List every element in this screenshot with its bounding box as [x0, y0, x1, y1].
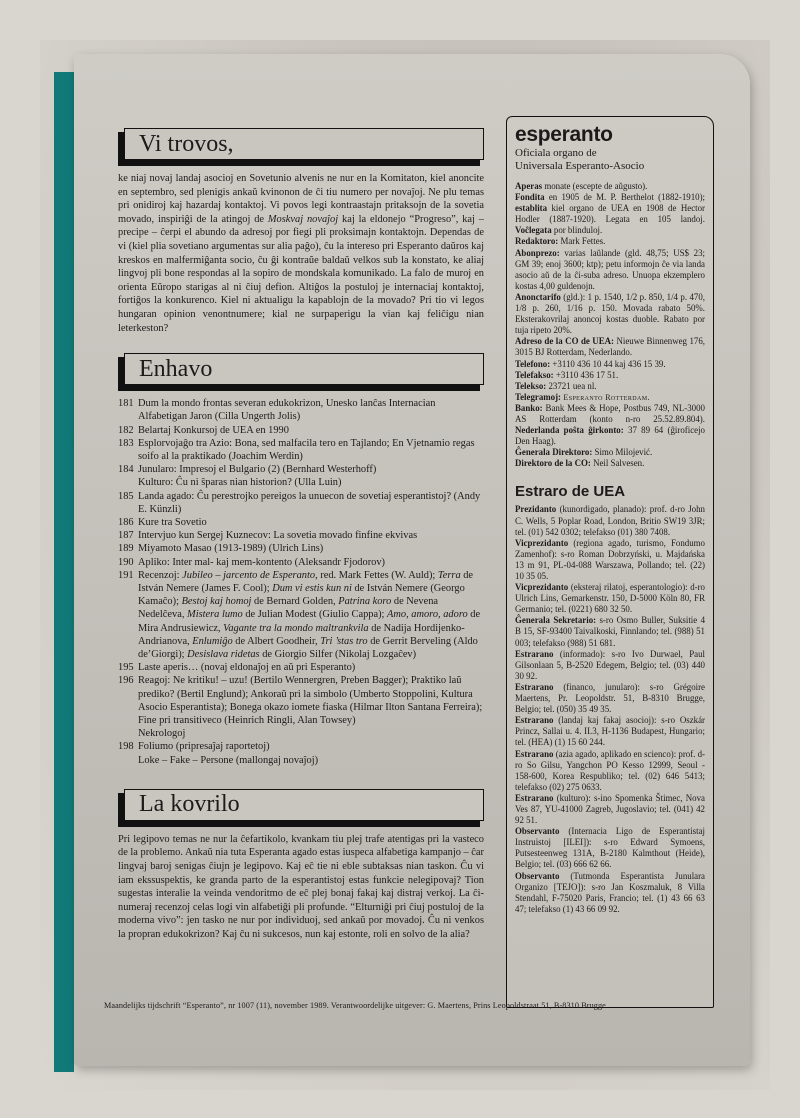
- toc-page-number: 184: [118, 463, 138, 476]
- toc-title: Landa agado: Ĉu perestrojko pereigos la …: [138, 490, 484, 516]
- info-entry: Telefono: +3110 436 10 44 kaj 436 15 39.: [515, 359, 705, 370]
- info-entry: Direktoro de la CO: Neil Salvesen.: [515, 458, 705, 469]
- table-of-contents: 181Dum la mondo frontas severan edukokri…: [118, 397, 484, 767]
- toc-title: Junularo: Impresoj el Bulgario (2) (Bern…: [138, 463, 484, 476]
- toc-title: Kulturo: Ĉu ni ŝparas nian historion? (U…: [138, 476, 484, 489]
- toc-item: Nekrologoj: [118, 727, 484, 740]
- info-entry: Anonctarifo (gld.): 1 p. 1540, 1/2 p. 85…: [515, 292, 705, 336]
- toc-item: Kulturo: Ĉu ni ŝparas nian historion? (U…: [118, 476, 484, 489]
- toc-title: Kure tra Sovetio: [138, 516, 484, 529]
- toc-item: Loke – Fake – Persone (mallongaj novaĵoj…: [118, 754, 484, 767]
- info-entry: Estrarano (azia agado, aplikado en scien…: [515, 749, 705, 793]
- toc-title: Dum la mondo frontas severan edukokrizon…: [138, 397, 484, 423]
- toc-page-number: [118, 476, 138, 489]
- toc-title: Miyamoto Masao (1913-1989) (Ulrich Lins): [138, 542, 484, 555]
- toc-page-number: 189: [118, 542, 138, 555]
- toc-title: Apliko: Inter mal- kaj mem-kontento (Ale…: [138, 556, 484, 569]
- la-kovrilo-heading: La kovrilo: [124, 789, 484, 821]
- vi-trovos-heading: Vi trovos,: [124, 128, 484, 160]
- info-entry: Estrarano (landaj kaj fakaj asocioj): s-…: [515, 715, 705, 748]
- toc-page-number: 182: [118, 424, 138, 437]
- info-entry: Prezidanto (kunordigado, planado): prof.…: [515, 504, 705, 537]
- info-entry: Abonprezo: varias laŭlande (gld. 48,75; …: [515, 248, 705, 292]
- info-entry: Estrarano (kulturo): s-ino Spomenka Štim…: [515, 793, 705, 826]
- info-entry: Vicprezidanto (eksteraj rilatoj, esperan…: [515, 582, 705, 615]
- colophon-footer: Maandelijks tijdschrift “Esperanto”, nr …: [104, 1001, 724, 1010]
- toc-page-number: 190: [118, 556, 138, 569]
- toc-title: Recenzoj: Jubileo – jarcento de Esperant…: [138, 569, 484, 661]
- toc-item: 181Dum la mondo frontas severan edukokri…: [118, 397, 484, 423]
- toc-item: 185Landa agado: Ĉu perestrojko pereigos …: [118, 490, 484, 516]
- info-entry: Redaktoro: Mark Fettes.: [515, 236, 705, 247]
- toc-title: Reagoj: Ne kritiku! – uzu! (Bertilo Wenn…: [138, 674, 484, 727]
- toc-page-number: [118, 727, 138, 740]
- enhavo-heading: Enhavo: [124, 353, 484, 385]
- info-entry: Telegramoj: Esperanto Rotterdam.: [515, 392, 705, 403]
- toc-item: 196Reagoj: Ne kritiku! – uzu! (Bertilo W…: [118, 674, 484, 727]
- toc-page-number: [118, 754, 138, 767]
- toc-item: 189Miyamoto Masao (1913-1989) (Ulrich Li…: [118, 542, 484, 555]
- toc-title: Laste aperis… (novaj eldonaĵoj en aŭ pri…: [138, 661, 484, 674]
- masthead-info: Aperas monate (escepte de aŭgusto).Fondi…: [515, 181, 705, 469]
- toc-title: Belartaj Konkursoj de UEA en 1990: [138, 424, 484, 437]
- info-entry: Adreso de la CO de UEA: Nieuwe Binnenweg…: [515, 336, 705, 358]
- info-entry: Observanto (Internacia Ligo de Esperanti…: [515, 826, 705, 870]
- info-entry: Telekso: 23721 uea nl.: [515, 381, 705, 392]
- toc-item: 182Belartaj Konkursoj de UEA en 1990: [118, 424, 484, 437]
- info-entry: Banko: Bank Mees & Hope, Postbus 749, NL…: [515, 403, 705, 447]
- la-kovrilo-paragraph: Pri legipovo temas ne nur la ĉefartikolo…: [118, 833, 484, 942]
- toc-item: 190Apliko: Inter mal- kaj mem-kontento (…: [118, 556, 484, 569]
- toc-item: 191Recenzoj: Jubileo – jarcento de Esper…: [118, 569, 484, 661]
- toc-item: 198Foliumo (pripresaĵaj raportetoj): [118, 740, 484, 753]
- magazine-cover-spine: [54, 72, 74, 1072]
- toc-item: 187Intervjuo kun Sergej Kuznecov: La sov…: [118, 529, 484, 542]
- toc-title: Loke – Fake – Persone (mallongaj novaĵoj…: [138, 754, 484, 767]
- toc-item: 186Kure tra Sovetio: [118, 516, 484, 529]
- info-entry: Aperas monate (escepte de aŭgusto).: [515, 181, 705, 192]
- masthead-subtitle: Oficiala organo de Universala Esperanto-…: [515, 147, 705, 173]
- toc-page-number: 181: [118, 397, 138, 423]
- info-entry: Telefakso: +3110 436 17 51.: [515, 370, 705, 381]
- toc-title: Esplorvojaĝo tra Azio: Bona, sed malfaci…: [138, 437, 484, 463]
- toc-title: Foliumo (pripresaĵaj raportetoj): [138, 740, 484, 753]
- toc-page-number: 196: [118, 674, 138, 727]
- masthead-box: esperanto Oficiala organo de Universala …: [506, 116, 714, 1008]
- la-kovrilo-banner: La kovrilo: [118, 789, 484, 823]
- toc-item: 183Esplorvojaĝo tra Azio: Bona, sed malf…: [118, 437, 484, 463]
- estraro-list: Prezidanto (kunordigado, planado): prof.…: [515, 504, 705, 914]
- toc-item: 184Junularo: Impresoj el Bulgario (2) (B…: [118, 463, 484, 476]
- info-entry: Estrarano (financo, junularo): s-ro Grég…: [515, 682, 705, 715]
- toc-title: Intervjuo kun Sergej Kuznecov: La soveti…: [138, 529, 484, 542]
- info-entry: Vicprezidanto (regiona agado, turismo, F…: [515, 538, 705, 582]
- estraro-heading: Estraro de UEA: [515, 483, 705, 500]
- vi-trovos-banner: Vi trovos,: [118, 128, 484, 162]
- toc-page-number: 191: [118, 569, 138, 661]
- info-entry: Observanto (Tutmonda Esperantista Junula…: [515, 871, 705, 915]
- toc-title: Nekrologoj: [138, 727, 484, 740]
- toc-page-number: 187: [118, 529, 138, 542]
- info-entry: Ĝenerala Direktoro: Simo Milojević.: [515, 447, 705, 458]
- info-entry: Fondita en 1905 de M. P. Berthelot (1882…: [515, 192, 705, 236]
- vi-trovos-paragraph: ke niaj novaj landaj asocioj en Sovetuni…: [118, 172, 484, 335]
- toc-page-number: 198: [118, 740, 138, 753]
- info-entry: Ĝenerala Sekretario: s-ro Osmo Buller, S…: [515, 615, 705, 648]
- enhavo-banner: Enhavo: [118, 353, 484, 387]
- toc-item: 195Laste aperis… (novaj eldonaĵoj en aŭ …: [118, 661, 484, 674]
- left-column: Vi trovos, ke niaj novaj landaj asocioj …: [118, 128, 484, 942]
- masthead-title: esperanto: [515, 123, 705, 147]
- toc-page-number: 183: [118, 437, 138, 463]
- toc-page-number: 185: [118, 490, 138, 516]
- toc-page-number: 195: [118, 661, 138, 674]
- toc-page-number: 186: [118, 516, 138, 529]
- info-entry: Estrarano (informado): s-ro Ivo Durwael,…: [515, 649, 705, 682]
